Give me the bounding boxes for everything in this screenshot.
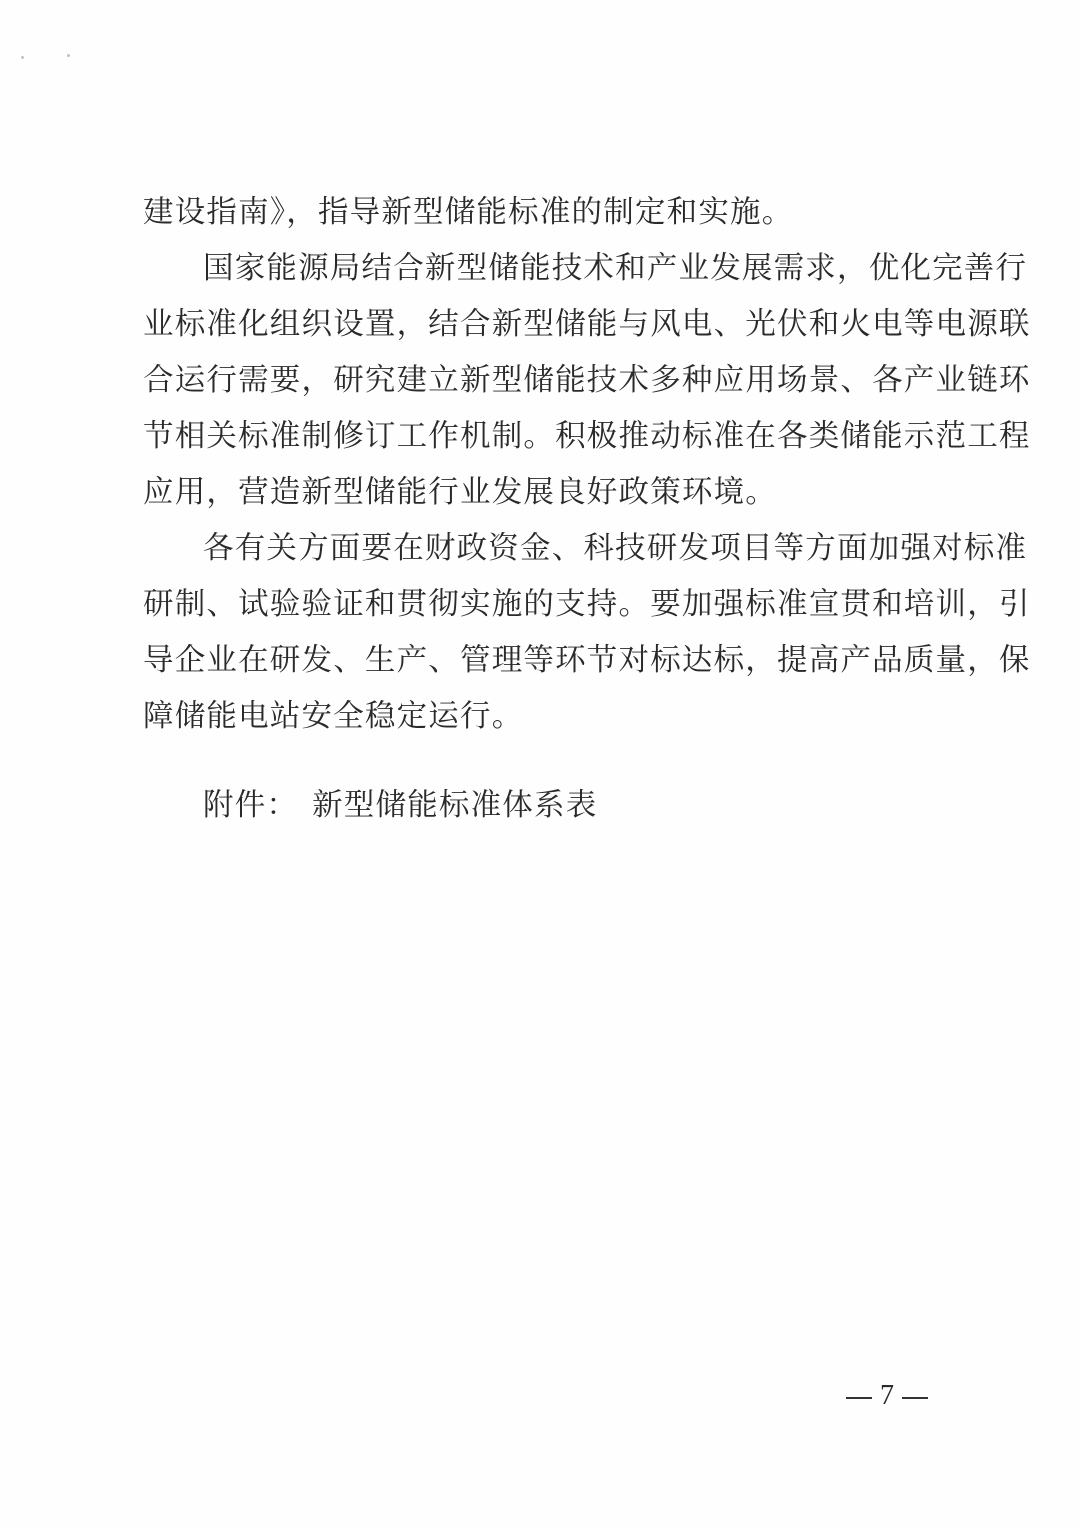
text-line: 合运行需要，研究建立新型储能技术多种应用场景、各产业链环 bbox=[143, 358, 955, 414]
attachment-title: 新型储能标准体系表 bbox=[312, 788, 597, 823]
dash-right bbox=[902, 1397, 928, 1399]
dash-left bbox=[846, 1397, 872, 1399]
document-page: 建设指南》，指导新型储能标准的制定和实施。 国家能源局结合新型储能技术和产业发展… bbox=[0, 0, 1080, 1527]
attachment-label: 附件： bbox=[203, 788, 298, 823]
text-line: 研制、试验验证和贯彻实施的支持。要加强标准宣贯和培训，引 bbox=[143, 582, 955, 638]
text-line: 障储能电站安全稳定运行。 bbox=[143, 694, 955, 750]
text-line: 节相关标准制修订工作机制。积极推动标准在各类储能示范工程 bbox=[143, 414, 955, 470]
text-line: 建设指南》，指导新型储能标准的制定和实施。 bbox=[143, 190, 955, 246]
text-line: 导企业在研发、生产、管理等环节对标达标，提高产品质量，保 bbox=[143, 638, 955, 694]
text-line: 各有关方面要在财政资金、科技研发项目等方面加强对标准 bbox=[143, 526, 955, 582]
page-number: 7 bbox=[838, 1376, 936, 1416]
paragraph-standards-organization: 国家能源局结合新型储能技术和产业发展需求，优化完善行 业标准化组织设置，结合新型… bbox=[143, 246, 955, 526]
attachment-reference: 附件：新型储能标准体系表 bbox=[203, 783, 597, 829]
document-body: 建设指南》，指导新型储能标准的制定和实施。 国家能源局结合新型储能技术和产业发展… bbox=[143, 190, 955, 750]
page-number-value: 7 bbox=[880, 1380, 894, 1411]
text-line: 应用，营造新型储能行业发展良好政策环境。 bbox=[143, 470, 955, 526]
scan-speck bbox=[67, 54, 70, 57]
paragraph-support-measures: 各有关方面要在财政资金、科技研发项目等方面加强对标准 研制、试验验证和贯彻实施的… bbox=[143, 526, 955, 750]
paragraph-continuation: 建设指南》，指导新型储能标准的制定和实施。 bbox=[143, 190, 955, 246]
text-line: 业标准化组织设置，结合新型储能与风电、光伏和火电等电源联 bbox=[143, 302, 955, 358]
text-line: 国家能源局结合新型储能技术和产业发展需求，优化完善行 bbox=[143, 246, 955, 302]
scan-speck bbox=[21, 56, 24, 59]
